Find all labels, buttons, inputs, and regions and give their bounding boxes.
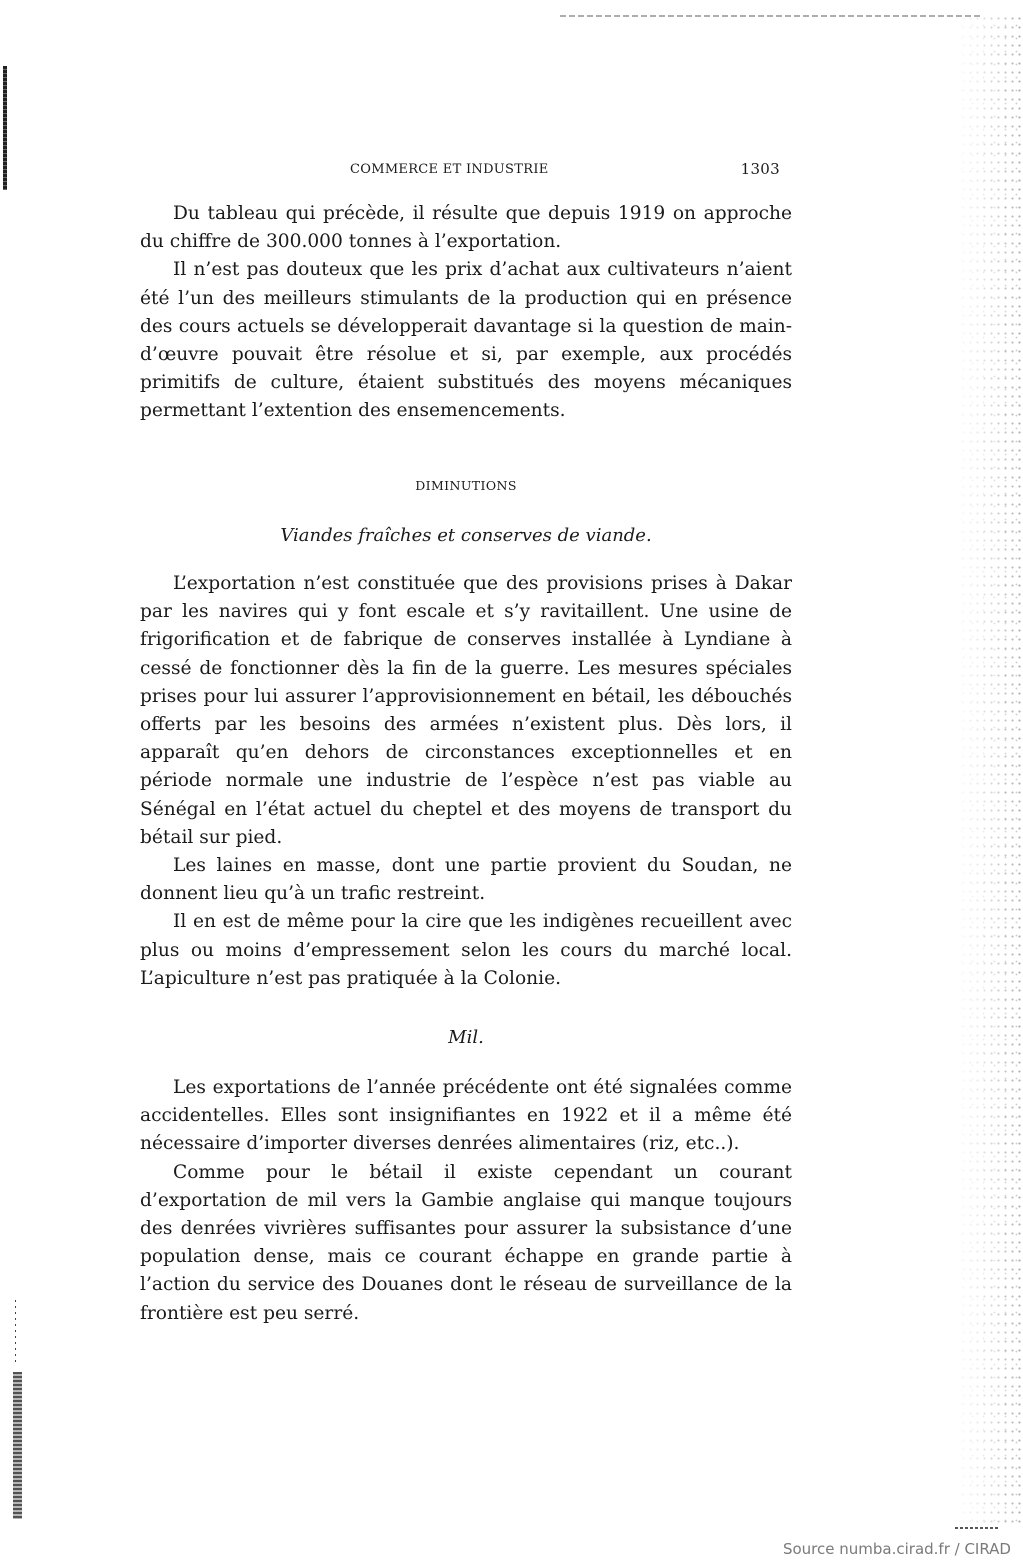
- running-head: COMMERCE ET INDUSTRIE 1303: [140, 160, 780, 182]
- paragraph: Comme pour le bétail il existe cependant…: [140, 1159, 792, 1328]
- intro-text: Du tableau qui précède, il résulte que d…: [140, 200, 792, 426]
- scan-edge-left-top: [3, 66, 7, 190]
- scan-edge-left-dotted: [15, 1300, 16, 1365]
- source-credit: Source numba.cirad.fr / CIRAD: [783, 1540, 1011, 1558]
- scanned-page: COMMERCE ET INDUSTRIE 1303 Du tableau qu…: [0, 0, 1023, 1566]
- scan-artifact-dash: [955, 1527, 1000, 1529]
- scan-edge-right: [953, 14, 1023, 1524]
- mil-text: Les exportations de l’année précédente o…: [140, 1074, 792, 1328]
- subsection-heading-mil: Mil.: [140, 1027, 792, 1048]
- scan-edge-left-bottom: [13, 1372, 22, 1519]
- paragraph: Il n’est pas douteux que les prix d’acha…: [140, 256, 792, 425]
- page-number: 1303: [741, 160, 780, 178]
- paragraph: Il en est de même pour la cire que les i…: [140, 908, 792, 993]
- running-title: COMMERCE ET INDUSTRIE: [350, 162, 549, 177]
- paragraph: Du tableau qui précède, il résulte que d…: [140, 200, 792, 256]
- scan-edge-top: [560, 15, 983, 17]
- viandes-text: L’exportation n’est constituée que des p…: [140, 570, 792, 993]
- subsection-heading-viandes: Viandes fraîches et conserves de viande.: [140, 525, 792, 546]
- section-heading: DIMINUTIONS: [140, 478, 792, 493]
- paragraph: L’exportation n’est constituée que des p…: [140, 570, 792, 852]
- paragraph: Les laines en masse, dont une partie pro…: [140, 852, 792, 908]
- paragraph: Les exportations de l’année précédente o…: [140, 1074, 792, 1159]
